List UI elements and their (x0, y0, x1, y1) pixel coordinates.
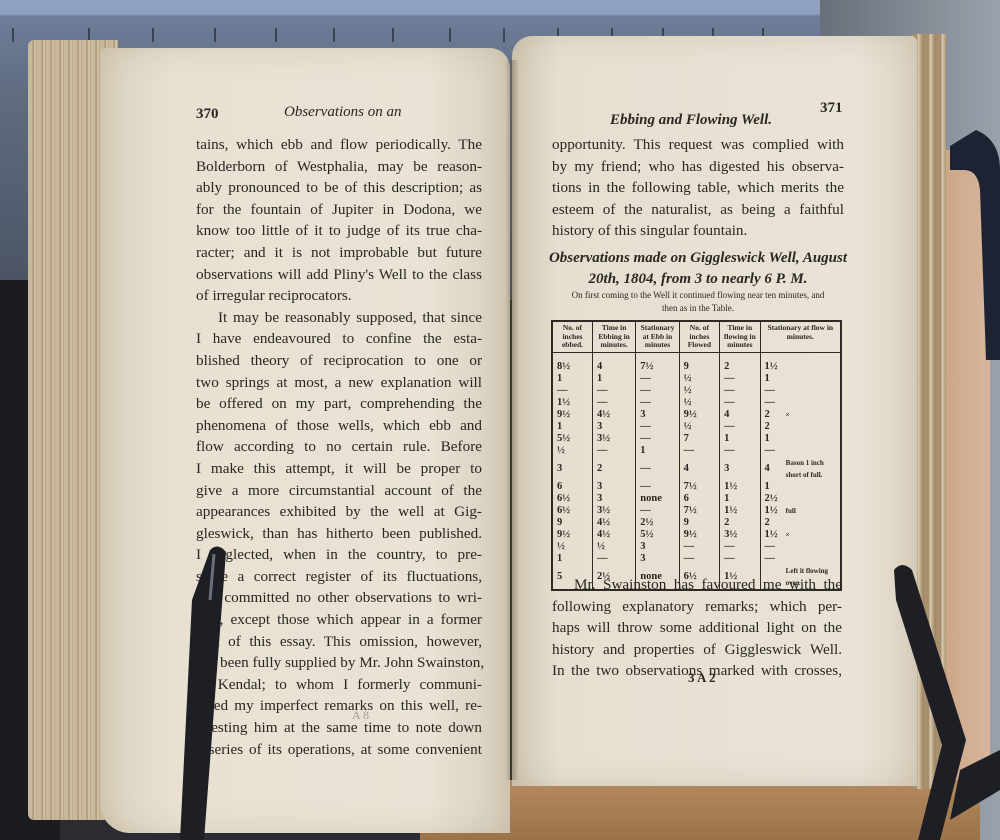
table-cell: — (636, 385, 679, 397)
table-cell: 1 (760, 433, 782, 445)
top-right-clip (950, 130, 1000, 360)
table-cell: 1½ (760, 505, 782, 517)
table-cell: 1½ (760, 352, 782, 373)
column-header: Stationary at Ebb in minutes (636, 321, 679, 352)
table-cell: — (592, 445, 635, 457)
table-cell: 2 (760, 421, 782, 433)
table-row: 32—434Bason 1 inch short of full. (552, 457, 841, 481)
table-cell: — (679, 553, 719, 565)
table-cell: 2 (760, 409, 782, 421)
note-line: On first coming to the Well it continued… (548, 289, 848, 302)
text-line: by my friend; who has digested his obser… (552, 156, 844, 178)
table-cell: 1 (592, 373, 635, 385)
table-row: 11—½—1 (552, 373, 841, 385)
text-line: observations will add Pliny's Well to th… (196, 264, 482, 286)
table-cell: — (720, 385, 760, 397)
table-cell: 3 (636, 409, 679, 421)
table-cell: 1 (552, 553, 592, 565)
table-cell: 3 (592, 493, 635, 505)
table-cell: — (636, 505, 679, 517)
table-cell: — (720, 445, 760, 457)
table-row: ½½3——— (552, 541, 841, 553)
table-cell: 5½ (552, 433, 592, 445)
table-cell: ½ (679, 385, 719, 397)
table-row: 94½2½922 (552, 517, 841, 529)
table-cell: 1 (636, 445, 679, 457)
remark-cell (782, 433, 841, 445)
text-line: be offered on my part, comprehending the (196, 393, 482, 415)
table-cell: 4½ (592, 409, 635, 421)
remark-cell: × (782, 529, 841, 541)
table-row: 63—7½1½1 (552, 481, 841, 493)
table-cell: — (720, 541, 760, 553)
remark-cell (782, 445, 841, 457)
table-cell: 5½ (636, 529, 679, 541)
remark-cell (782, 397, 841, 409)
table-cell: ½ (552, 445, 592, 457)
table-cell: — (760, 445, 782, 457)
text-line: phenomena of those wells, which ebb and (196, 415, 482, 437)
text-line: esteem of the naturalist, as being a fai… (552, 199, 844, 221)
table-cell: 2 (760, 517, 782, 529)
right-signature-mark: 3 A 2 (688, 670, 715, 686)
table-cell: ½ (679, 421, 719, 433)
text-line: following explanatory remarks; which per… (552, 596, 842, 618)
text-line: tains, which ebb and flow periodically. … (196, 134, 482, 156)
table-cell: — (720, 397, 760, 409)
note-line: then as in the Table. (548, 302, 848, 315)
text-line: history and properties of Giggleswick We… (552, 639, 842, 661)
table-cell: 4 (592, 352, 635, 373)
text-line: of irregular reciprocators. (196, 285, 482, 307)
text-line: for the fountain of Jupiter in Dodona, w… (196, 199, 482, 221)
table-cell: — (760, 553, 782, 565)
remark-cell (782, 541, 841, 553)
table-cell: — (592, 385, 635, 397)
column-header: Stationary at flow in minutes. (760, 321, 841, 352)
table-row: 5½3½—711 (552, 433, 841, 445)
table-row: ———½—— (552, 385, 841, 397)
table-cell: — (636, 397, 679, 409)
remark-cell (782, 493, 841, 505)
table-cell: 7½ (679, 505, 719, 517)
table-cell: 4 (760, 457, 782, 481)
right-page-para2: Mr. Swainston has favoured me with the f… (552, 574, 842, 682)
table-cell: — (592, 553, 635, 565)
table-cell: 1 (552, 373, 592, 385)
right-page-number: 371 (820, 100, 843, 117)
table-row: 6½3½—7½1½1½full (552, 505, 841, 517)
text-line: opportunity. This request was complied w… (552, 134, 844, 156)
table-cell: 1 (760, 373, 782, 385)
column-header: Time in Ebbing in minutes. (592, 321, 635, 352)
table-cell: 2 (720, 352, 760, 373)
left-page-number: 370 (196, 106, 219, 123)
table-cell: 6½ (552, 505, 592, 517)
left-running-head: Observations on an (284, 104, 402, 121)
table-cell: 3½ (592, 505, 635, 517)
right-page-para1: opportunity. This request was complied w… (552, 134, 844, 242)
table-body: 8½47½921½11—½—1———½——1½——½——9½4½39½42×13… (552, 352, 841, 590)
table-cell: — (592, 397, 635, 409)
table-cell: — (760, 397, 782, 409)
column-header: Time in flowing in minutes (720, 321, 760, 352)
table-cell: 9 (679, 517, 719, 529)
table-row: 9½4½5½9½3½1½× (552, 529, 841, 541)
table-cell: 4½ (592, 529, 635, 541)
remark-cell: × (782, 409, 841, 421)
text-line: appearances exhibited by the well at Gig… (196, 501, 482, 523)
table-note: On first coming to the Well it continued… (548, 289, 848, 315)
table-cell: 1 (760, 481, 782, 493)
table-cell: 9½ (679, 529, 719, 541)
text-line: I have endeavoured to confine the esta- (196, 328, 482, 350)
table-cell: 4 (720, 409, 760, 421)
table-cell: 9½ (552, 409, 592, 421)
left-signature-mark: A 8 (352, 708, 369, 723)
table-cell: 6½ (552, 493, 592, 505)
right-page-clip (880, 560, 1000, 840)
table-cell: 3 (720, 457, 760, 481)
text-line: know too little of it to judge of its tr… (196, 220, 482, 242)
table-cell: 4½ (592, 517, 635, 529)
text-line: haps will throw some additional light on… (552, 617, 842, 639)
table-cell: — (679, 541, 719, 553)
table-cell: 1 (720, 433, 760, 445)
remark-cell (782, 481, 841, 493)
table-cell: 1½ (720, 481, 760, 493)
table-cell: ½ (679, 373, 719, 385)
table-cell: 7 (679, 433, 719, 445)
table-cell: — (720, 373, 760, 385)
table-cell: 2½ (760, 493, 782, 505)
remark-cell (782, 553, 841, 565)
table-cell: 3½ (720, 529, 760, 541)
text-line: give a more circumstantial account of th… (196, 480, 482, 502)
table-cell: — (760, 541, 782, 553)
table-cell: — (636, 433, 679, 445)
table-row: 1—3——— (552, 553, 841, 565)
remark-cell (782, 421, 841, 433)
table-row: 8½47½921½ (552, 352, 841, 373)
table-cell: 3 (552, 457, 592, 481)
table-cell: 9½ (679, 409, 719, 421)
table-cell: 4 (679, 457, 719, 481)
caption-line: 20th, 1804, from 3 to nearly 6 P. M. (548, 269, 848, 290)
table-cell: — (636, 457, 679, 481)
remark-cell: full (782, 505, 841, 517)
column-header: No. of inches Flowed (679, 321, 719, 352)
text-line: It may be reasonably supposed, that sinc… (196, 307, 482, 329)
book-gutter (505, 60, 519, 780)
table-caption: Observations made on Giggleswick Well, A… (548, 248, 848, 290)
table-cell: — (679, 445, 719, 457)
caption-line: Observations made on Giggleswick Well, A… (548, 248, 848, 269)
table-row: ½—1——— (552, 445, 841, 457)
table-cell: 1½ (760, 529, 782, 541)
table-row: 9½4½39½42× (552, 409, 841, 421)
table-cell: 8½ (552, 352, 592, 373)
remark-cell (782, 352, 841, 373)
remark-cell (782, 373, 841, 385)
table-cell: — (636, 481, 679, 493)
table-cell: none (636, 493, 679, 505)
table-cell: 1½ (720, 505, 760, 517)
observations-table: No. of inches ebbed. Time in Ebbing in m… (551, 320, 842, 591)
table-cell: 3 (636, 541, 679, 553)
table-cell: 2 (720, 517, 760, 529)
remark-cell (782, 517, 841, 529)
table-cell: — (720, 421, 760, 433)
table-cell: 6 (552, 481, 592, 493)
table-cell: 1½ (552, 397, 592, 409)
table-cell: ½ (592, 541, 635, 553)
table-cell: 3 (636, 553, 679, 565)
column-header: No. of inches ebbed. (552, 321, 592, 352)
table-cell: 7½ (636, 352, 679, 373)
table-row: 1½——½—— (552, 397, 841, 409)
text-line: racter; and it is not improbable but fut… (196, 242, 482, 264)
text-line: history of this singular fountain. (552, 220, 844, 242)
table-cell: ½ (552, 541, 592, 553)
table-cell: — (636, 421, 679, 433)
table-cell: 7½ (679, 481, 719, 493)
table-cell: — (760, 385, 782, 397)
text-line: Bolderborn of Westphalia, may be reason- (196, 156, 482, 178)
table-cell: 9 (679, 352, 719, 373)
table-row: 6½3none612½ (552, 493, 841, 505)
table-cell: 6 (679, 493, 719, 505)
table-cell: 3½ (592, 433, 635, 445)
text-line: tions in the following table, which meri… (552, 177, 844, 199)
text-line: flow according to no certain rule. Befor… (196, 436, 482, 458)
table-cell: 1 (552, 421, 592, 433)
text-line: ably pronounced to be of this descriptio… (196, 177, 482, 199)
table-cell: 2½ (636, 517, 679, 529)
table-cell: 3 (592, 481, 635, 493)
right-running-head: Ebbing and Flowing Well. (610, 112, 772, 129)
table-cell: 2 (592, 457, 635, 481)
table-cell: — (552, 385, 592, 397)
table-cell: 1 (720, 493, 760, 505)
text-line: Mr. Swainston has favoured me with the (552, 574, 842, 596)
left-page-clip (170, 540, 240, 840)
remark-cell (782, 385, 841, 397)
remark-cell: Bason 1 inch short of full. (782, 457, 841, 481)
table-cell: 9½ (552, 529, 592, 541)
table-header-row: No. of inches ebbed. Time in Ebbing in m… (552, 321, 841, 352)
table-cell: — (636, 373, 679, 385)
table-cell: ½ (679, 397, 719, 409)
text-line: I make this attempt, it will be proper t… (196, 458, 482, 480)
table-cell: 9 (552, 517, 592, 529)
text-line: two springs at most, a new explanation w… (196, 372, 482, 394)
table-row: 13—½—2 (552, 421, 841, 433)
table-cell: — (720, 553, 760, 565)
text-line: blished theory of reciprocation to one o… (196, 350, 482, 372)
table-cell: 3 (592, 421, 635, 433)
